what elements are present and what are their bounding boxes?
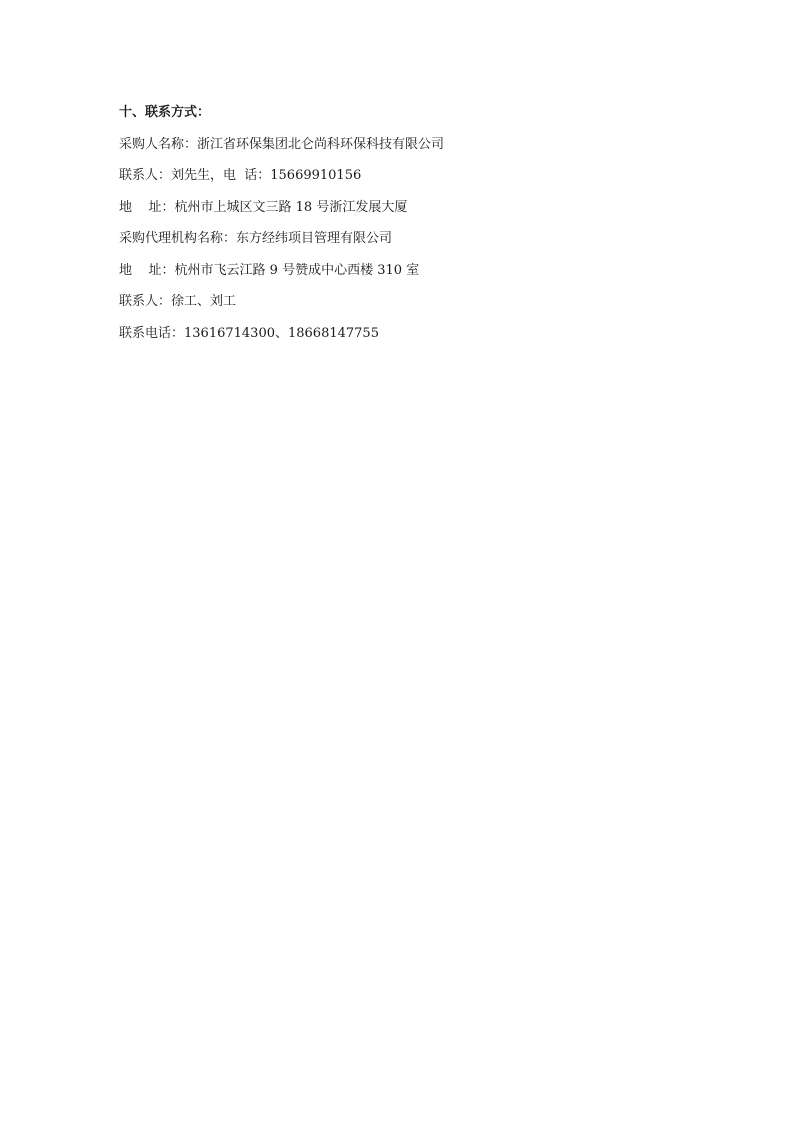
agency-phone: 联系电话：13616714300、18668147755 [119,325,444,357]
purchaser-name: 采购人名称：浙江省环保集团北仑尚科环保科技有限公司 [119,136,444,168]
agency-address: 地 址：杭州市飞云江路 9 号赞成中心西楼 310 室 [119,262,444,294]
agency-contact-persons: 联系人：徐工、刘工 [119,293,444,325]
contact-section: 十、联系方式： 采购人名称：浙江省环保集团北仑尚科环保科技有限公司 联系人：刘先… [119,104,444,356]
purchaser-contact: 联系人：刘先生，电 话：15669910156 [119,167,444,199]
document-page: 十、联系方式： 采购人名称：浙江省环保集团北仑尚科环保科技有限公司 联系人：刘先… [0,0,800,1131]
purchaser-address: 地 址：杭州市上城区文三路 18 号浙江发展大厦 [119,199,444,231]
section-heading: 十、联系方式： [119,104,444,136]
agency-name: 采购代理机构名称：东方经纬项目管理有限公司 [119,230,444,262]
